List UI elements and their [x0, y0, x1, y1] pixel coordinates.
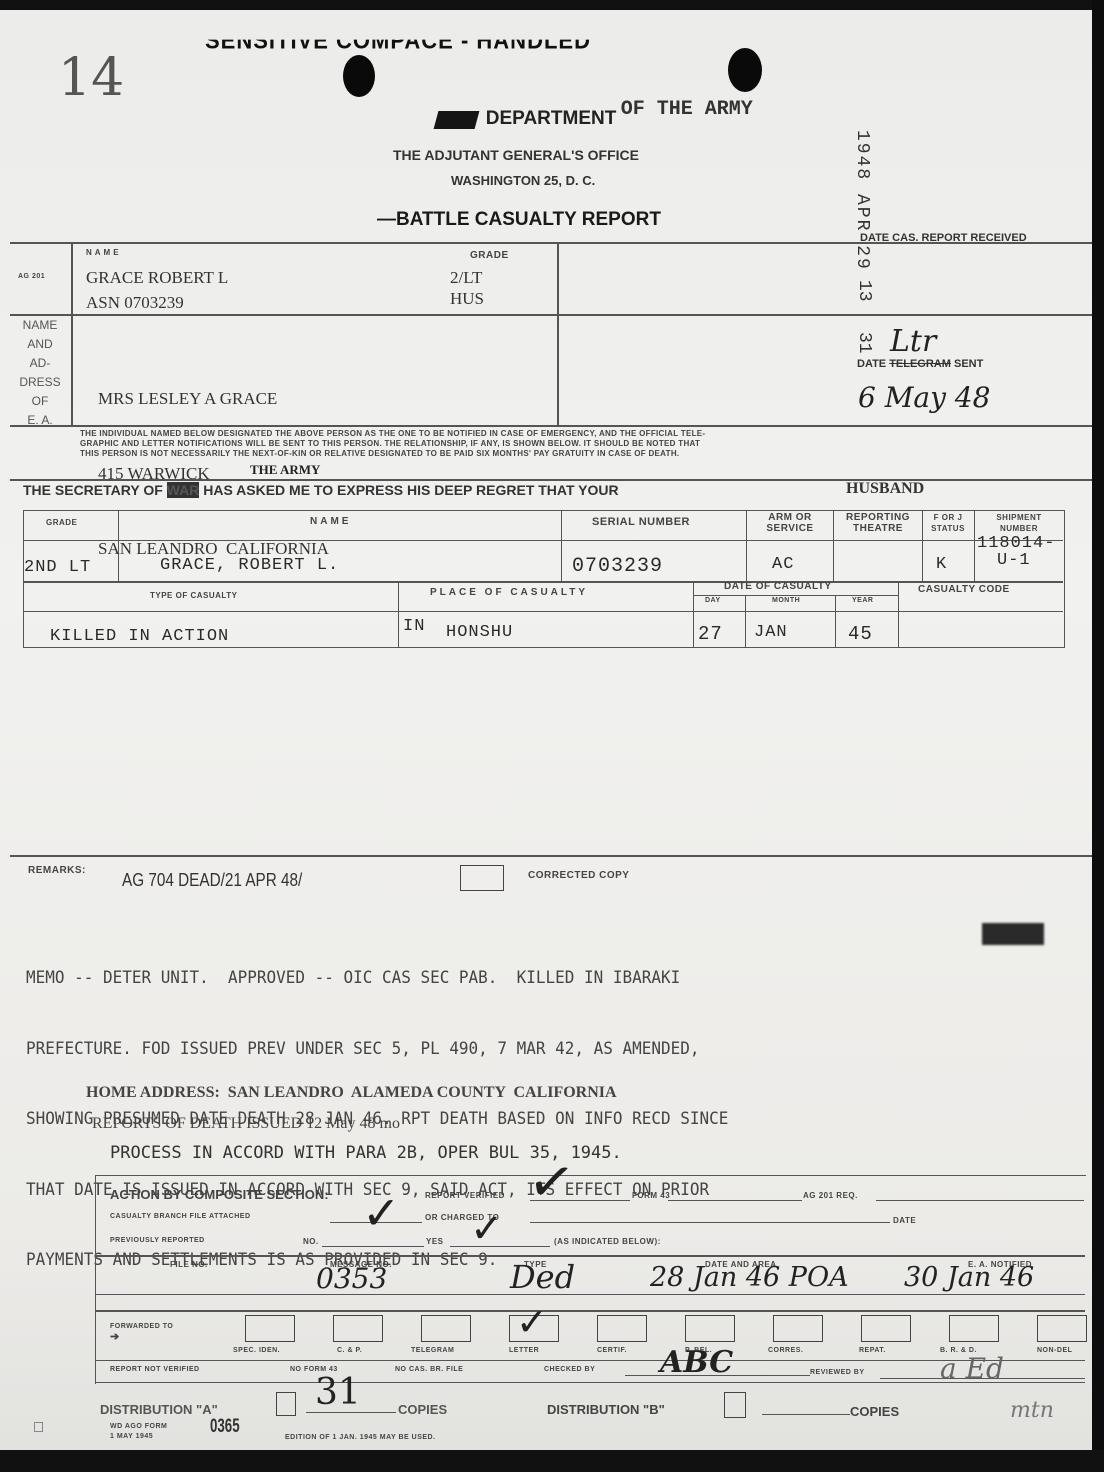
name-label: NAME — [86, 248, 122, 257]
checked-by-initials: ABC — [660, 1345, 733, 1380]
soldier-asn: ASN 0703239 — [86, 293, 184, 313]
ea-side-label: NAME AND AD- DRESS OF E. A. — [12, 316, 68, 430]
notice-line: GRAPHIC AND LETTER NOTIFICATIONS WILL BE… — [80, 439, 705, 449]
small-square-mark — [34, 1422, 43, 1432]
corrected-copy-checkbox[interactable] — [460, 865, 504, 891]
checkmark-report-verified: ✓ — [524, 1147, 580, 1218]
type-value: Ded — [510, 1258, 575, 1296]
ea-label-line: AND — [12, 335, 68, 354]
prev-reported-label: PREVIOUSLY REPORTED — [110, 1237, 205, 1244]
label-telegram: TELEGRAM — [411, 1347, 454, 1354]
casualty-report-page: SENSITIVE COMPACE - HANDLED 14 WAR DEPAR… — [0, 10, 1092, 1450]
form-rule — [693, 581, 694, 647]
col-status: F OR J STATUS — [924, 512, 972, 534]
cell-shipment: 118014- U-1 — [977, 535, 1055, 569]
label-spec-iden: SPEC. IDEN. — [233, 1347, 280, 1354]
cell-status: K — [936, 555, 947, 574]
form-rule — [746, 510, 747, 582]
form-rule — [322, 1246, 424, 1247]
shipment-line1: 118014- — [977, 535, 1055, 552]
memo-line: MEMO -- DETER UNIT. APPROVED -- OIC CAS … — [26, 967, 728, 991]
form-rule — [71, 242, 73, 425]
top-stamp: SENSITIVE COMPACE - HANDLED — [205, 27, 591, 56]
cell-name: GRACE, ROBERT L. — [160, 556, 339, 575]
checked-by-label: CHECKED BY — [544, 1366, 595, 1373]
form-rule — [922, 510, 923, 582]
reports-issued: REPORTS OF DEATH ISSUED 12 May 48 mo — [92, 1115, 400, 1133]
ea-label-line: NAME — [12, 316, 68, 335]
remarks-first-line: AG 704 DEAD/21 APR 48/ — [122, 870, 302, 891]
as-indicated-label: (AS INDICATED BELOW): — [554, 1237, 661, 1246]
date-label-suffix: SENT — [951, 358, 983, 370]
handwritten-file-mark: 14 — [58, 48, 124, 108]
label-corres: CORRES. — [768, 1347, 803, 1354]
home-address: HOME ADDRESS: SAN LEANDRO ALAMEDA COUNTY… — [70, 1066, 617, 1120]
regret-prefix: THE SECRETARY OF — [23, 482, 163, 498]
report-verified-label: REPORT VERIFIED — [425, 1191, 505, 1200]
form-rule — [95, 1360, 1085, 1361]
prev-no-label: NO. — [303, 1237, 319, 1246]
form-rule — [835, 595, 836, 647]
cell-place: HONSHU — [446, 623, 513, 642]
cell-year: 45 — [848, 623, 873, 645]
department-label: DEPARTMENT — [486, 108, 617, 129]
label-letter: LETTER — [509, 1347, 539, 1354]
grade-label: GRADE — [470, 250, 509, 261]
form-rule — [693, 595, 898, 596]
form-label-line2: 1 MAY 1945 — [110, 1432, 167, 1442]
form-rule — [745, 595, 746, 647]
reviewed-by-label: REVIEWED BY — [810, 1369, 865, 1376]
signature-scrawl: mtn — [1010, 1398, 1054, 1423]
forwarded-to-label: FORWARDED TO ➔ — [110, 1322, 180, 1344]
distribution-b-label: DISTRIBUTION "B" — [547, 1402, 665, 1417]
file-attached-label: CASUALTY BRANCH FILE ATTACHED — [110, 1213, 251, 1220]
letterhead: WAR DEPARTMENT OF THE ARMY — [436, 108, 753, 131]
office-address: WASHINGTON 25, D. C. — [451, 173, 595, 188]
form-rule — [118, 510, 119, 582]
cell-arm: AC — [772, 555, 794, 574]
col-casualty-code: CASUALTY CODE — [918, 584, 1010, 595]
form-rule — [10, 855, 1092, 857]
no-cas-file-label: NO CAS. BR. FILE — [395, 1366, 463, 1373]
date-received-label: DATE CAS. REPORT RECEIVED — [860, 232, 1027, 244]
label-c-and-p: C. & P. — [337, 1347, 362, 1354]
col-month: MONTH — [772, 597, 800, 604]
checkmark-charged-to: ✓ — [470, 1206, 504, 1252]
cell-day: 27 — [698, 623, 723, 645]
form-rule — [898, 581, 899, 647]
col-serial: SERIAL NUMBER — [592, 516, 690, 528]
col-shipment: SHIPMENT NUMBER — [977, 512, 1061, 534]
label-repat: REPAT. — [859, 1347, 886, 1354]
redaction-block — [982, 923, 1044, 945]
cell-grade: 2ND LT — [24, 558, 91, 577]
report-not-verified-label: REPORT NOT VERIFIED — [110, 1366, 200, 1373]
col-date-casualty: DATE OF CASUALTY — [724, 581, 832, 592]
composite-title: ACTION BY COMPOSITE SECTION: — [110, 1187, 329, 1202]
received-stamp-minute: 31 — [854, 332, 874, 354]
date-label-prefix: DATE — [857, 358, 889, 370]
of-the-army-overtype: OF THE ARMY — [621, 98, 753, 121]
form-rule — [668, 1200, 802, 1201]
soldier-grade: 2/LT — [450, 268, 482, 288]
arrow-right-icon: ➔ — [110, 1331, 120, 1343]
date-label: DATE — [893, 1216, 916, 1225]
form-rule — [561, 510, 562, 582]
col-arm: ARM OR SERVICE — [754, 512, 826, 534]
checkbox-repat[interactable] — [861, 1315, 911, 1342]
cell-place-prefix: IN — [403, 617, 425, 636]
office-label: THE ADJUTANT GENERAL'S OFFICE — [393, 147, 639, 163]
cell-type-casualty: KILLED IN ACTION — [50, 627, 229, 646]
prev-yes-label: YES — [426, 1237, 444, 1246]
checkbox-c-and-p[interactable] — [333, 1315, 383, 1342]
form-rule — [833, 510, 834, 582]
relationship: HUSBAND — [846, 480, 924, 498]
form-rule — [557, 242, 559, 425]
form-rule — [23, 540, 1063, 541]
redacted-war: WAR — [167, 482, 200, 498]
ea-name: MRS LESLEY A GRACE — [98, 386, 329, 411]
date-sent-handwritten: 6 May 48 — [858, 381, 990, 414]
received-stamp: 1948 APR 29 — [852, 130, 872, 271]
form-rule — [95, 1382, 1085, 1383]
form-rule — [95, 1294, 1085, 1295]
ea-label-line: AD- — [12, 354, 68, 373]
form-number: 0365 — [210, 1416, 240, 1438]
forwarded-to-text: FORWARDED TO — [110, 1323, 173, 1330]
home-address-value: SAN LEANDRO ALAMEDA COUNTY CALIFORNIA — [228, 1084, 617, 1101]
checkbox-certif[interactable] — [597, 1315, 647, 1342]
date-area-value: 28 Jan 46 POA — [650, 1262, 849, 1293]
ea-notified-value: 30 Jan 46 — [904, 1262, 1034, 1293]
label-certif: CERTIF. — [597, 1347, 627, 1354]
report-title: —BATTLE CASUALTY REPORT — [377, 209, 661, 231]
handwritten-letter-note: Ltr — [890, 324, 936, 359]
regret-statement: THE SECRETARY OF WAR HAS ASKED ME TO EXP… — [23, 482, 619, 498]
date-sent-label: DATE TELEGRAM SENT — [857, 358, 983, 370]
home-address-label: HOME ADDRESS: — [86, 1084, 220, 1101]
ag201-req-label: AG 201 REQ. — [803, 1191, 858, 1200]
distribution-a-label: DISTRIBUTION "A" — [100, 1402, 218, 1417]
ea-label-line: OF — [12, 392, 68, 411]
checkmark-letter: ✓ — [516, 1300, 548, 1344]
form-label: WD AGO FORM 1 MAY 1945 — [110, 1422, 167, 1442]
redacted-word: WAR — [434, 111, 480, 129]
form-rule — [10, 314, 1092, 316]
form43-label: FORM 43 — [632, 1191, 670, 1200]
regret-suffix: HAS ASKED ME TO EXPRESS HIS DEEP REGRET … — [203, 482, 618, 498]
form-rule — [530, 1222, 890, 1223]
ea-label-line: DRESS — [12, 373, 68, 392]
ag201-label: AG 201 — [18, 273, 45, 280]
form-rule — [974, 510, 975, 582]
copies-label-b: COPIES — [850, 1404, 899, 1419]
ea-label-line: E. A. — [12, 411, 68, 430]
checkbox-non-del[interactable] — [1037, 1315, 1087, 1342]
form-rule — [10, 479, 1092, 481]
checkbox-corres[interactable] — [773, 1315, 823, 1342]
scan-border-bottom — [0, 1450, 1104, 1472]
distribution-a-copies: 31 — [315, 1372, 361, 1413]
corrected-copy-label: CORRECTED COPY — [528, 870, 629, 881]
form-rule — [398, 581, 399, 647]
received-stamp-hour: 13 — [854, 280, 874, 302]
col-place: PLACE OF CASUALTY — [430, 587, 588, 598]
form-rule — [95, 1310, 1085, 1312]
col-file-no: FILE NO. — [170, 1260, 208, 1269]
notice-line: THE INDIVIDUAL NAMED BELOW DESIGNATED TH… — [80, 429, 705, 439]
col-type-casualty: TYPE OF CASUALTY — [150, 591, 237, 600]
distribution-b-checkbox[interactable] — [724, 1392, 746, 1418]
soldier-name: GRACE ROBERT L — [86, 268, 228, 288]
punch-hole-left — [343, 55, 375, 97]
cell-serial: 0703239 — [572, 555, 663, 578]
remarks-label: REMARKS: — [28, 865, 86, 876]
col-theatre: REPORTING THEATRE — [836, 512, 920, 534]
copies-label-a: COPIES — [398, 1402, 447, 1417]
checkbox-brd[interactable] — [949, 1315, 999, 1342]
the-army-overtype: THE ARMY — [250, 462, 320, 478]
relationship-code: HUS — [450, 289, 484, 309]
checkbox-spec-iden[interactable] — [245, 1315, 295, 1342]
checkmark-file-attached: ✓ — [362, 1186, 401, 1240]
ea-notice: THE INDIVIDUAL NAMED BELOW DESIGNATED TH… — [80, 429, 705, 459]
cell-month: JAN — [754, 623, 788, 642]
col-year: YEAR — [852, 597, 873, 604]
struck-telegram: TELEGRAM — [889, 358, 951, 370]
form-rule — [23, 611, 1063, 612]
distribution-a-checkbox[interactable] — [276, 1392, 296, 1416]
checkbox-telegram[interactable] — [421, 1315, 471, 1342]
shipment-line2: U-1 — [977, 552, 1055, 569]
col-name: NAME — [310, 516, 351, 527]
notice-line: THIS PERSON IS NOT NECESSARILY THE NEXT-… — [80, 449, 705, 459]
col-grade: GRADE — [46, 518, 77, 527]
form-rule — [23, 581, 1063, 583]
label-non-del: NON-DEL — [1037, 1347, 1072, 1354]
memo-line: PREFECTURE. FOD ISSUED PREV UNDER SEC 5,… — [26, 1038, 728, 1062]
form-label-line1: WD AGO FORM — [110, 1422, 167, 1432]
form-rule — [762, 1414, 850, 1415]
message-no-value: 0353 — [316, 1262, 387, 1295]
scan-border-right — [1092, 0, 1104, 1472]
form-rule — [876, 1200, 1084, 1201]
col-day: DAY — [705, 597, 721, 604]
form-rule — [95, 1255, 1085, 1257]
checkbox-p-bel[interactable] — [685, 1315, 735, 1342]
punch-hole-right — [728, 48, 762, 92]
edition-note: EDITION OF 1 JAN. 1945 MAY BE USED. — [285, 1434, 436, 1441]
reviewed-by-initials: a Ed — [940, 1352, 1004, 1385]
